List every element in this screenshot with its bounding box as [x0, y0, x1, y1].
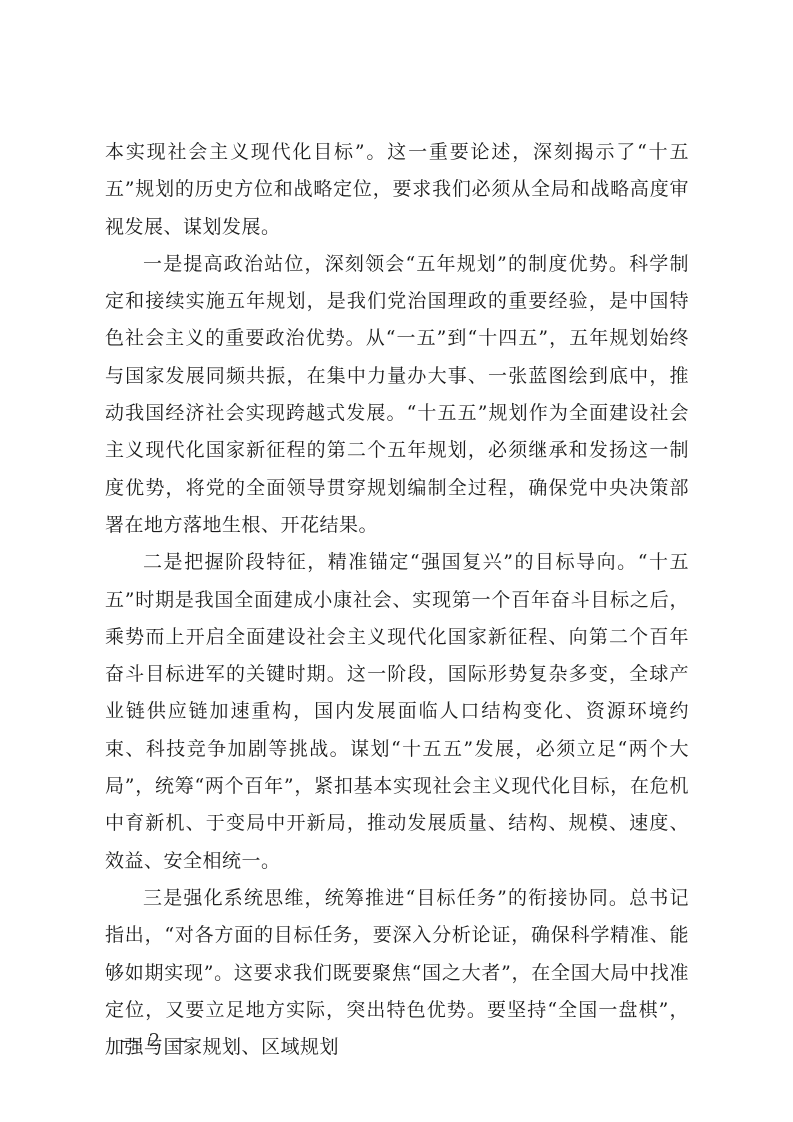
paragraph-point-two: 二是把握阶段特征，精准锚定“强国复兴”的目标导向。“十五五”时期是我国全面建成小…	[105, 544, 689, 880]
paragraph-point-one: 一是提高政治站位，深刻领会“五年规划”的制度优势。科学制定和接续实施五年规划，是…	[105, 246, 689, 544]
document-page: 本实现社会主义现代化目标”。这一重要论述，深刻揭示了“十五五”规划的历史方位和战…	[0, 0, 793, 1122]
page-number: — 2 —	[121, 1026, 190, 1056]
paragraph-point-three: 三是强化系统思维，统筹推进“目标任务”的衔接协同。总书记指出，“对各方面的目标任…	[105, 880, 689, 1066]
paragraph-continuation: 本实现社会主义现代化目标”。这一重要论述，深刻揭示了“十五五”规划的历史方位和战…	[105, 134, 689, 246]
document-body: 本实现社会主义现代化目标”。这一重要论述，深刻揭示了“十五五”规划的历史方位和战…	[105, 134, 689, 1066]
